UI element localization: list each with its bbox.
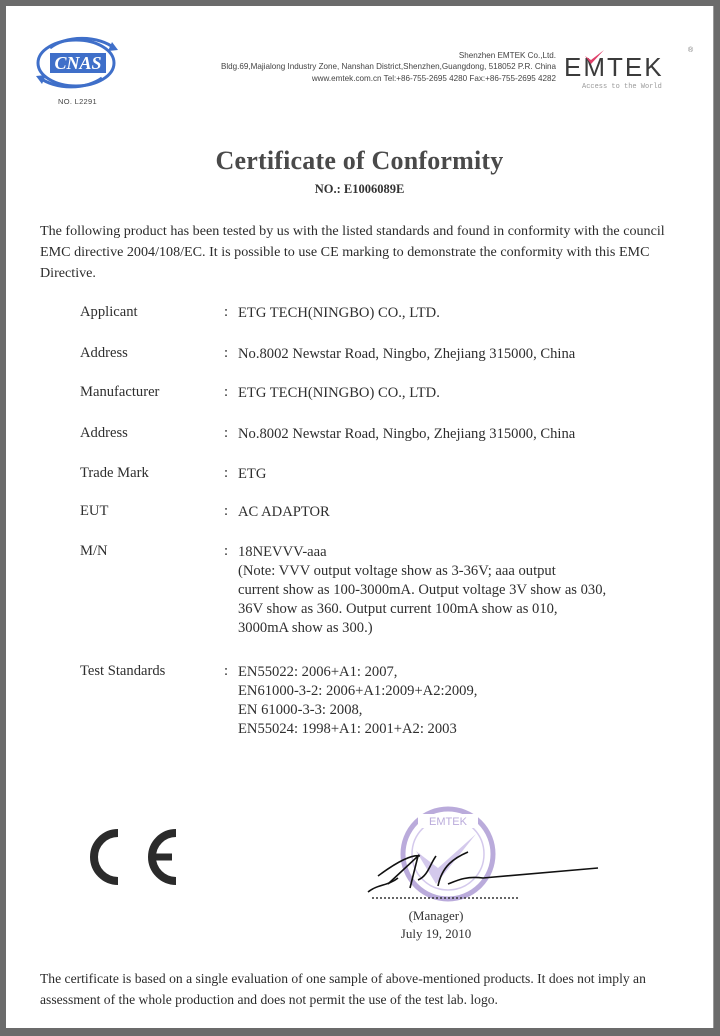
field-label: Address bbox=[80, 345, 128, 362]
svg-text:EMTEK: EMTEK bbox=[564, 52, 664, 82]
disclaimer-footer: The certificate is based on a single eva… bbox=[40, 968, 700, 1010]
lab-info: Shenzhen EMTEK Co.,Ltd. Bldg.69,Majialon… bbox=[126, 50, 556, 84]
model-note-line: current show as 100-3000mA. Output volta… bbox=[238, 581, 678, 600]
field-value: No.8002 Newstar Road, Ningbo, Zhejiang 3… bbox=[238, 425, 678, 444]
model-note-line: (Note: VVV output voltage show as 3-36V;… bbox=[238, 562, 678, 581]
standard-line: EN 61000-3-3: 2008, bbox=[238, 701, 678, 720]
model-note-line: 36V show as 360. Output current 100mA sh… bbox=[238, 600, 678, 619]
field-value: EN55022: 2006+A1: 2007, EN61000-3-2: 200… bbox=[238, 663, 678, 739]
cnas-number: NO. L2291 bbox=[58, 97, 97, 106]
field-label: Trade Mark bbox=[80, 465, 149, 482]
emtek-logo: EMTEK ® Access to the World bbox=[560, 42, 700, 98]
certificate-number: NO.: E1006089E bbox=[6, 182, 713, 197]
field-label: Test Standards bbox=[80, 663, 165, 680]
field-colon: : bbox=[224, 425, 228, 442]
ce-mark-icon bbox=[80, 829, 182, 885]
field-value: 18NEVVV-aaa (Note: VVV output voltage sh… bbox=[238, 543, 678, 638]
standard-line: EN61000-3-2: 2006+A1:2009+A2:2009, bbox=[238, 682, 678, 701]
model-number: 18NEVVV-aaa bbox=[238, 543, 678, 562]
svg-text:®: ® bbox=[688, 46, 694, 54]
field-label: Applicant bbox=[80, 304, 138, 321]
field-colon: : bbox=[224, 384, 228, 401]
field-colon: : bbox=[224, 345, 228, 362]
field-value: ETG bbox=[238, 465, 678, 484]
field-colon: : bbox=[224, 663, 228, 680]
standard-line: EN55022: 2006+A1: 2007, bbox=[238, 663, 678, 682]
standard-line: EN55024: 1998+A1: 2001+A2: 2003 bbox=[238, 720, 678, 739]
svg-text:Access to the World: Access to the World bbox=[582, 83, 662, 91]
field-label: Address bbox=[80, 425, 128, 442]
lab-name: Shenzhen EMTEK Co.,Ltd. bbox=[126, 50, 556, 61]
field-label: M/N bbox=[80, 543, 108, 560]
field-colon: : bbox=[224, 503, 228, 520]
company-stamp-icon: EMTEK bbox=[403, 809, 493, 899]
field-value: No.8002 Newstar Road, Ningbo, Zhejiang 3… bbox=[238, 345, 678, 364]
svg-text:EMTEK: EMTEK bbox=[429, 816, 468, 828]
signatory-role: (Manager) bbox=[356, 908, 516, 924]
field-value: AC ADAPTOR bbox=[238, 503, 678, 522]
field-label: Manufacturer bbox=[80, 384, 159, 401]
field-colon: : bbox=[224, 543, 228, 560]
page-title: Certificate of Conformity bbox=[6, 146, 713, 176]
svg-text:CNAS: CNAS bbox=[54, 53, 101, 73]
field-value: ETG TECH(NINGBO) CO., LTD. bbox=[238, 384, 678, 403]
cnas-logo: CNAS bbox=[28, 26, 128, 96]
lab-address: Bldg.69,Majialong Industry Zone, Nanshan… bbox=[126, 61, 556, 72]
intro-paragraph: The following product has been tested by… bbox=[40, 221, 690, 284]
certificate-page: CNAS NO. L2291 Shenzhen EMTEK Co.,Ltd. B… bbox=[6, 6, 714, 1028]
issue-date: July 19, 2010 bbox=[356, 926, 516, 942]
model-note-line: 3000mA show as 300.) bbox=[238, 619, 678, 638]
field-label: EUT bbox=[80, 503, 108, 520]
lab-contact: www.emtek.com.cn Tel:+86-755-2695 4280 F… bbox=[126, 73, 556, 84]
field-colon: : bbox=[224, 465, 228, 482]
field-value: ETG TECH(NINGBO) CO., LTD. bbox=[238, 304, 678, 323]
field-colon: : bbox=[224, 304, 228, 321]
